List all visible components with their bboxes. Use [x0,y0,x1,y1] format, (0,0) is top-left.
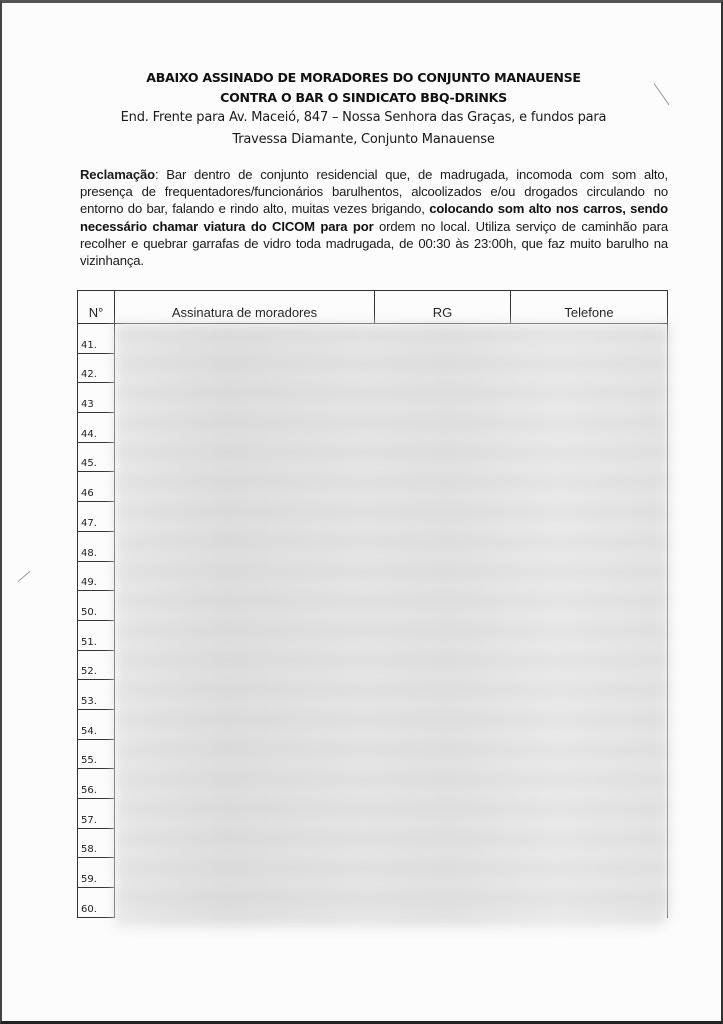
document-title-line1: ABAIXO ASSINADO DE MORADORES DO CONJUNTO… [2,70,723,85]
row-number: 55. [78,740,115,770]
row-number: 53. [78,680,115,710]
row-number: 49. [78,562,115,592]
row-number: 43 [78,383,115,413]
row-number: 42. [78,354,115,384]
row-number: 59. [78,858,115,888]
redacted-content-blur [115,324,669,926]
header-rg: RG [375,291,511,323]
scanned-page: ABAIXO ASSINADO DE MORADORES DO CONJUNTO… [0,0,723,1024]
header-phone: Telefone [511,291,667,323]
table-body: 41.42.4344.45.4647.48.49.50.51.52.53.54.… [78,324,667,918]
row-number: 58. [78,829,115,859]
row-number: 46 [78,472,115,502]
address-line1: End. Frente para Av. Maceió, 847 – Nossa… [2,110,723,125]
row-number: 48. [78,532,115,562]
header-number: N° [78,291,115,323]
address-line2: Travessa Diamante, Conjunto Manauense [2,132,723,147]
row-number: 51. [78,621,115,651]
row-number: 57. [78,799,115,829]
row-number: 60. [78,888,115,918]
pen-mark [18,571,31,582]
row-number: 47. [78,502,115,532]
row-number: 56. [78,769,115,799]
signature-table: N° Assinatura de moradores RG Telefone 4… [77,290,668,918]
complaint-paragraph: Reclamação: Bar dentro de conjunto resid… [80,166,668,269]
header-signature: Assinatura de moradores [115,291,375,323]
complaint-label: Reclamação [80,167,155,182]
table-header-row: N° Assinatura de moradores RG Telefone [78,291,667,324]
row-number: 54. [78,710,115,740]
document-title-line2: CONTRA O BAR O SINDICATO BBQ-DRINKS [2,90,723,105]
row-number: 41. [78,324,115,354]
row-number: 45. [78,443,115,473]
row-number: 52. [78,651,115,681]
row-number: 50. [78,591,115,621]
row-number: 44. [78,413,115,443]
